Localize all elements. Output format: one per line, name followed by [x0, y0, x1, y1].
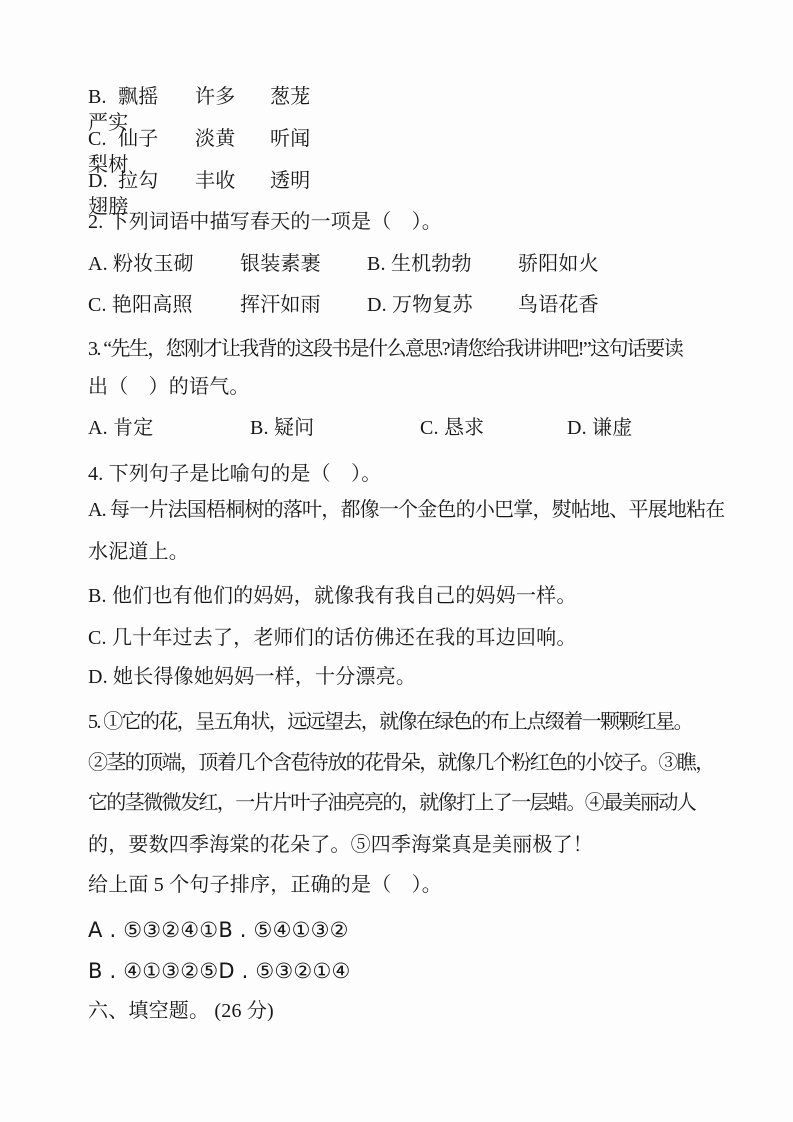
q2-option-d2: 鸟语花香 — [518, 292, 599, 318]
q3-option-c: C. 恳求 — [420, 415, 567, 441]
q1-option-c-word2: 淡黄 — [195, 126, 270, 152]
q1-option-d-word2: 丰收 — [195, 168, 270, 194]
q2-option-row-2: C. 艳阳高照 挥汗如雨 D. 万物复苏 鸟语花香 — [88, 292, 599, 318]
section-6-heading: 六、填空题。 (26 分) — [88, 998, 274, 1024]
q1-option-b-word1: 飘摇 — [118, 84, 195, 110]
q2-option-c2: 挥汗如雨 — [240, 292, 367, 318]
q4-option-a-line1: A. 每一片法国梧桐树的落叶，都像一个金色的小巴掌，熨帖地、平展地粘在 — [88, 497, 724, 523]
q3-option-a: A. 肯定 — [88, 415, 250, 441]
q1-option-d-word3: 透明 — [270, 168, 345, 194]
q3-stem-line2: 出（ ）的语气。 — [88, 374, 250, 400]
exam-document-page: B. 飘摇 许多 葱茏 严实 C. 仙子 淡黄 听闻 梨树 D. 拉勾 丰收 透… — [0, 0, 793, 1122]
q2-option-d: D. 万物复苏 — [367, 292, 518, 318]
q5-text-line3: 它的茎微微发红，一片片叶子油亮亮的，就像打上了一层蜡。④最美丽动人 — [88, 790, 695, 816]
q3-stem-line1: 3. “先生，您刚才让我背的这段书是什么意思?请您给我讲讲吧!”这句话要读 — [88, 336, 682, 362]
q1-option-b-label: B. — [88, 84, 118, 110]
q1-option-d-word1: 拉勾 — [118, 168, 195, 194]
q3-option-b: B. 疑问 — [250, 415, 420, 441]
q5-sort-option-row-1: A . ⑤③②④①B . ⑤④①③② — [88, 917, 349, 943]
q2-option-row-1: A. 粉妆玉砌 银装素裹 B. 生机勃勃 骄阳如火 — [88, 251, 599, 277]
q5-text-line1: 5. ①它的花，呈五角状，远远望去，就像在绿色的布上点缀着一颗颗红星。 — [88, 709, 692, 735]
q3-option-d: D. 谦虚 — [567, 415, 632, 441]
q5-sort-option-row-2: B . ④①③②⑤D . ⑤③②①④ — [88, 958, 351, 984]
q4-option-b: B. 他们也有他们的妈妈，就像我有我自己的妈妈一样。 — [88, 583, 577, 609]
q1-option-c-word3: 听闻 — [270, 126, 345, 152]
q1-option-b-word3: 葱茏 — [270, 84, 345, 110]
q5-text-line4: 的，要数四季海棠的花朵了。⑤四季海棠真是美丽极了！ — [88, 832, 593, 858]
q2-option-c: C. 艳阳高照 — [88, 292, 240, 318]
q4-option-d: D. 她长得像她妈妈一样，十分漂亮。 — [88, 664, 416, 690]
q1-option-c-word1: 仙子 — [118, 126, 195, 152]
q4-option-a-line2: 水泥道上。 — [88, 539, 189, 565]
q3-option-row: A. 肯定 B. 疑问 C. 恳求 D. 谦虚 — [88, 415, 632, 441]
q2-option-a2: 银装素裹 — [240, 251, 367, 277]
q4-stem: 4. 下列句子是比喻句的是（ ）。 — [88, 461, 381, 487]
q1-option-d-label: D. — [88, 168, 118, 194]
q2-option-b2: 骄阳如火 — [518, 251, 599, 277]
q5-sort-stem: 给上面 5 个句子排序，正确的是（ ）。 — [88, 872, 442, 898]
q2-stem: 2. 下列词语中描写春天的一项是（ ）。 — [88, 209, 442, 235]
q2-option-b: B. 生机勃勃 — [367, 251, 518, 277]
q1-option-c-label: C. — [88, 126, 118, 152]
q2-option-a: A. 粉妆玉砌 — [88, 251, 240, 277]
q4-option-c: C. 几十年过去了，老师们的话仿佛还在我的耳边回响。 — [88, 625, 577, 651]
q1-option-b-word2: 许多 — [195, 84, 270, 110]
q5-text-line2: ②茎的顶端，顶着几个含苞待放的花骨朵，就像几个粉红色的小饺子。③瞧， — [88, 750, 714, 776]
